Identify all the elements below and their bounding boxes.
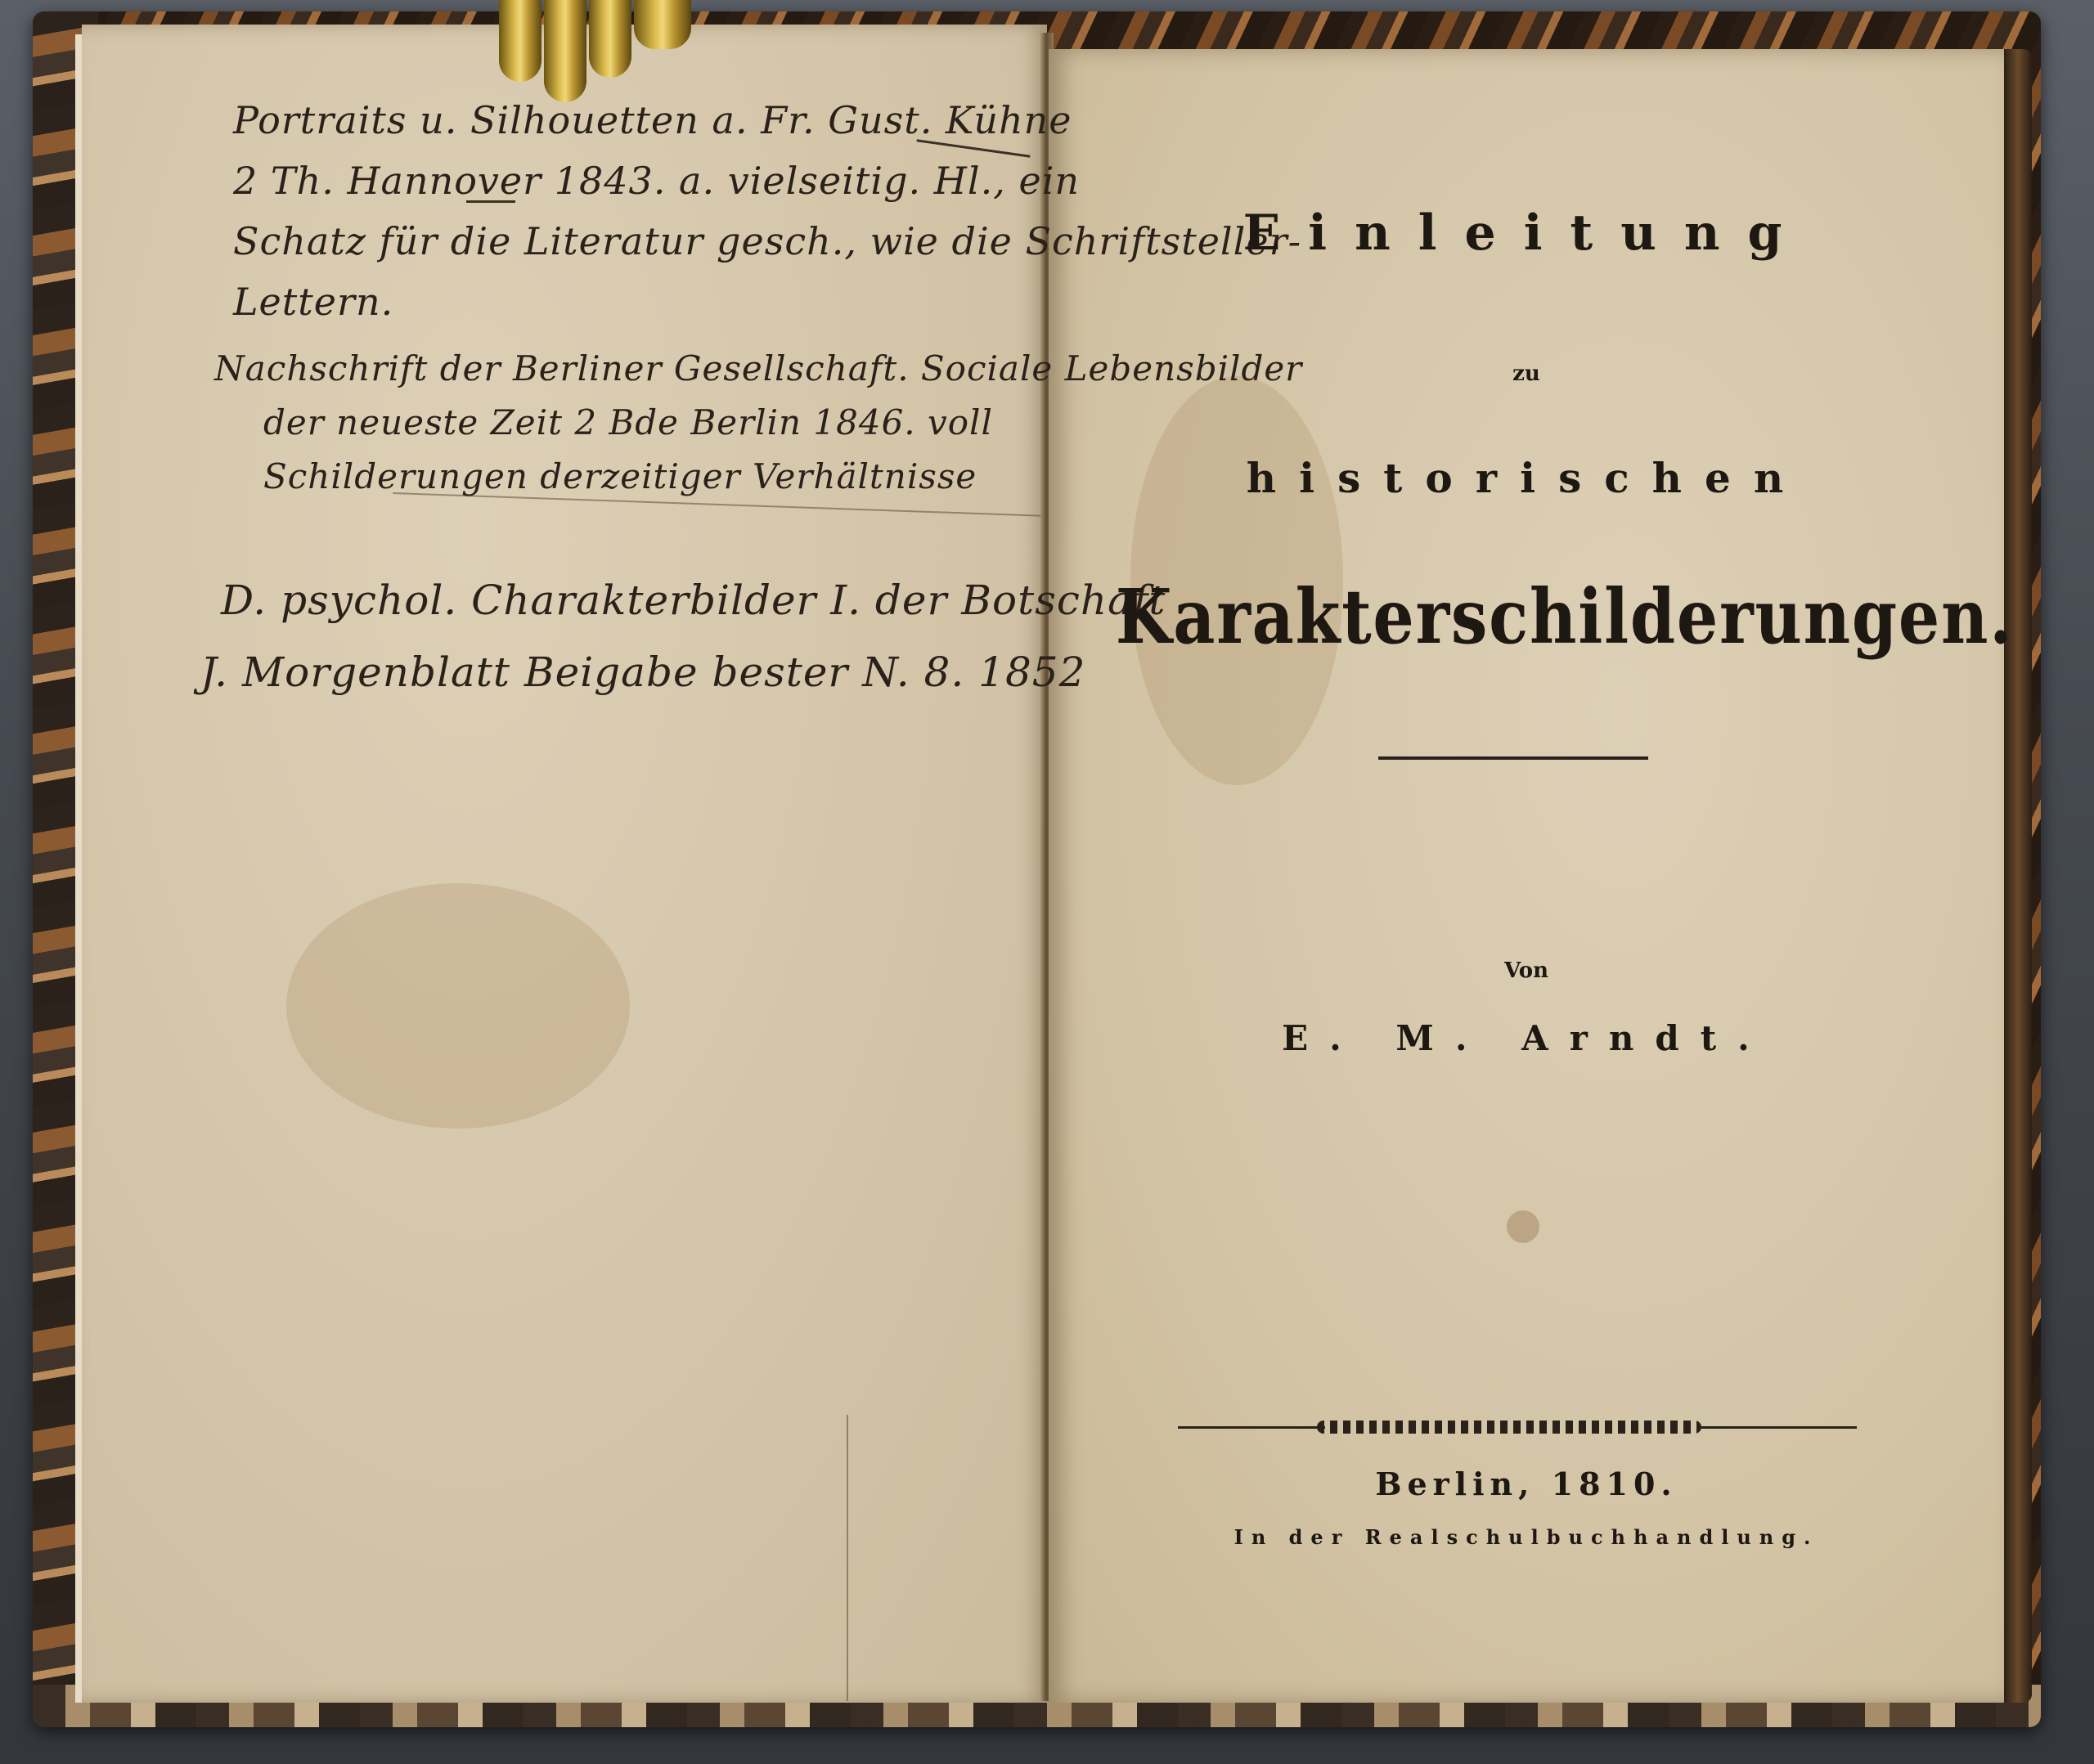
title-main: Karakterschilderungen.: [1116, 572, 1937, 661]
note-line: Portraits u. Silhouetten a. Fr. Gust. Kü…: [233, 90, 1301, 150]
imprint-publisher: In der Realschulbuchhandlung.: [1049, 1525, 2004, 1549]
note-line: D. psychol. Charakterbilder I. der Botsc…: [200, 564, 1166, 636]
note-line: J. Morgenblatt Beigabe bester N. 8. 1852: [200, 636, 1166, 708]
ornament-beads: [1317, 1421, 1701, 1434]
byline-prefix: Von: [1049, 958, 2004, 983]
author-name: E. M. Arndt.: [1049, 1018, 2004, 1058]
handwritten-note-3: D. psychol. Charakterbilder I. der Botsc…: [200, 564, 1166, 708]
ornamental-rule: [1178, 1419, 1857, 1437]
cover-edge-right: [2004, 49, 2032, 1703]
clip-finger: [544, 0, 586, 102]
ornament-line-right: [1701, 1426, 1857, 1429]
note-line: Lettern.: [233, 272, 1301, 332]
title-einleitung: Einleitung: [1049, 204, 2004, 262]
clip-finger: [589, 0, 631, 78]
clip-finger: [634, 0, 691, 49]
title-zu: zu: [1049, 361, 2004, 386]
title-historischen: historischen: [1049, 454, 2004, 502]
note-line: der neueste Zeit 2 Bde Berlin 1846. voll: [214, 396, 1302, 450]
title-rule: [1378, 756, 1648, 760]
imprint-place-year: Berlin, 1810.: [1049, 1466, 2004, 1502]
paper-tear: [847, 1415, 848, 1701]
ornament-line-left: [1178, 1426, 1325, 1429]
note-line: 2 Th. Hannover 1843. a. vielseitig. Hl.,…: [233, 150, 1301, 211]
foxing-stain: [286, 883, 630, 1129]
clip-finger: [499, 0, 541, 82]
underline-mark: [466, 200, 515, 203]
foxing-spot: [1507, 1210, 1539, 1243]
